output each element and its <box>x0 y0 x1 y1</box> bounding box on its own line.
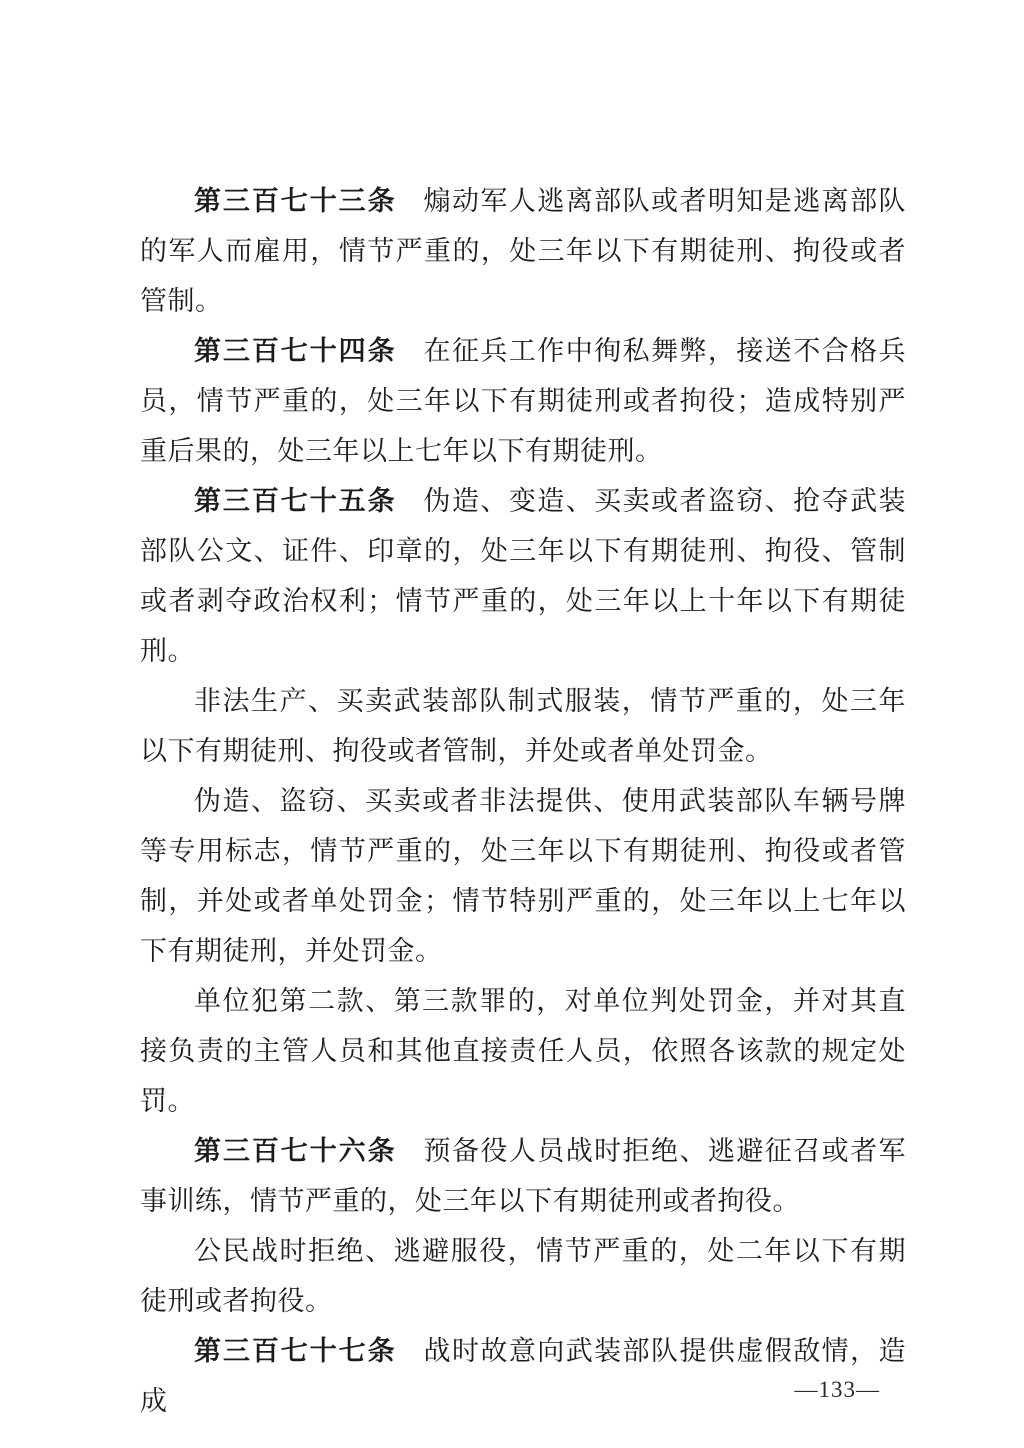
article-number: 第三百七十五条 <box>194 486 397 516</box>
article-text: 伪造、盗窃、买卖或者非法提供、使用武装部队车辆号牌等专用标志，情节严重的，处三年… <box>140 786 906 966</box>
article-paragraph: 第三百七十三条煽动军人逃离部队或者明知是逃离部队的军人而雇用，情节严重的，处三年… <box>140 176 906 326</box>
article-paragraph: 非法生产、买卖武装部队制式服装，情节严重的，处三年以下有期徒刑、拘役或者管制，并… <box>140 676 906 776</box>
article-paragraph: 公民战时拒绝、逃避服役，情节严重的，处二年以下有期徒刑或者拘役。 <box>140 1226 906 1326</box>
page-number: —133— <box>795 1375 881 1405</box>
article-paragraph: 伪造、盗窃、买卖或者非法提供、使用武装部队车辆号牌等专用标志，情节严重的，处三年… <box>140 776 906 976</box>
article-number: 第三百七十六条 <box>194 1136 397 1166</box>
article-text: 单位犯第二款、第三款罪的，对单位判处罚金，并对其直接负责的主管人员和其他直接责任… <box>140 986 906 1116</box>
article-paragraph: 第三百七十六条预备役人员战时拒绝、逃避征召或者军事训练，情节严重的，处三年以下有… <box>140 1126 906 1226</box>
article-number: 第三百七十四条 <box>194 336 397 366</box>
article-paragraph: 第三百七十五条伪造、变造、买卖或者盗窃、抢夺武装部队公文、证件、印章的，处三年以… <box>140 476 906 676</box>
article-number: 第三百七十七条 <box>194 1336 397 1366</box>
article-text: 非法生产、买卖武装部队制式服装，情节严重的，处三年以下有期徒刑、拘役或者管制，并… <box>140 686 906 766</box>
article-paragraph: 第三百七十四条在征兵工作中徇私舞弊，接送不合格兵员，情节严重的，处三年以下有期徒… <box>140 326 906 476</box>
legal-text-body: 第三百七十三条煽动军人逃离部队或者明知是逃离部队的军人而雇用，情节严重的，处三年… <box>140 176 906 1426</box>
article-text: 公民战时拒绝、逃避服役，情节严重的，处二年以下有期徒刑或者拘役。 <box>140 1236 906 1316</box>
document-page: 第三百七十三条煽动军人逃离部队或者明知是逃离部队的军人而雇用，情节严重的，处三年… <box>0 0 1024 1448</box>
article-paragraph: 第三百七十七条战时故意向武装部队提供虚假敌情，造成 <box>140 1326 906 1426</box>
article-number: 第三百七十三条 <box>194 186 397 216</box>
article-paragraph: 单位犯第二款、第三款罪的，对单位判处罚金，并对其直接负责的主管人员和其他直接责任… <box>140 976 906 1126</box>
